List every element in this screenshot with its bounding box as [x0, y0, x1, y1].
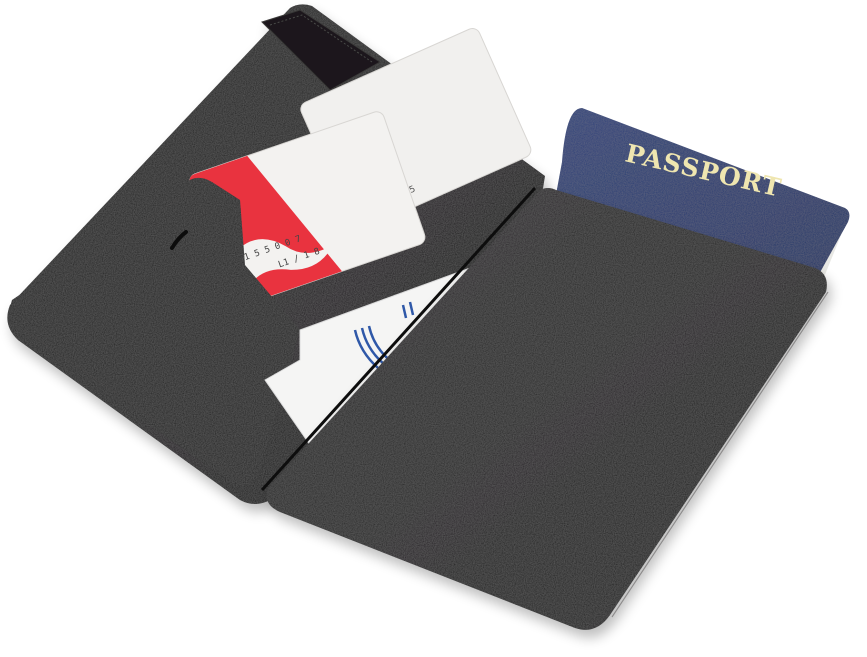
product-photo: 5 1 5 5 0 0 7 L1 / 1 8 PASSPORT: [0, 0, 867, 657]
